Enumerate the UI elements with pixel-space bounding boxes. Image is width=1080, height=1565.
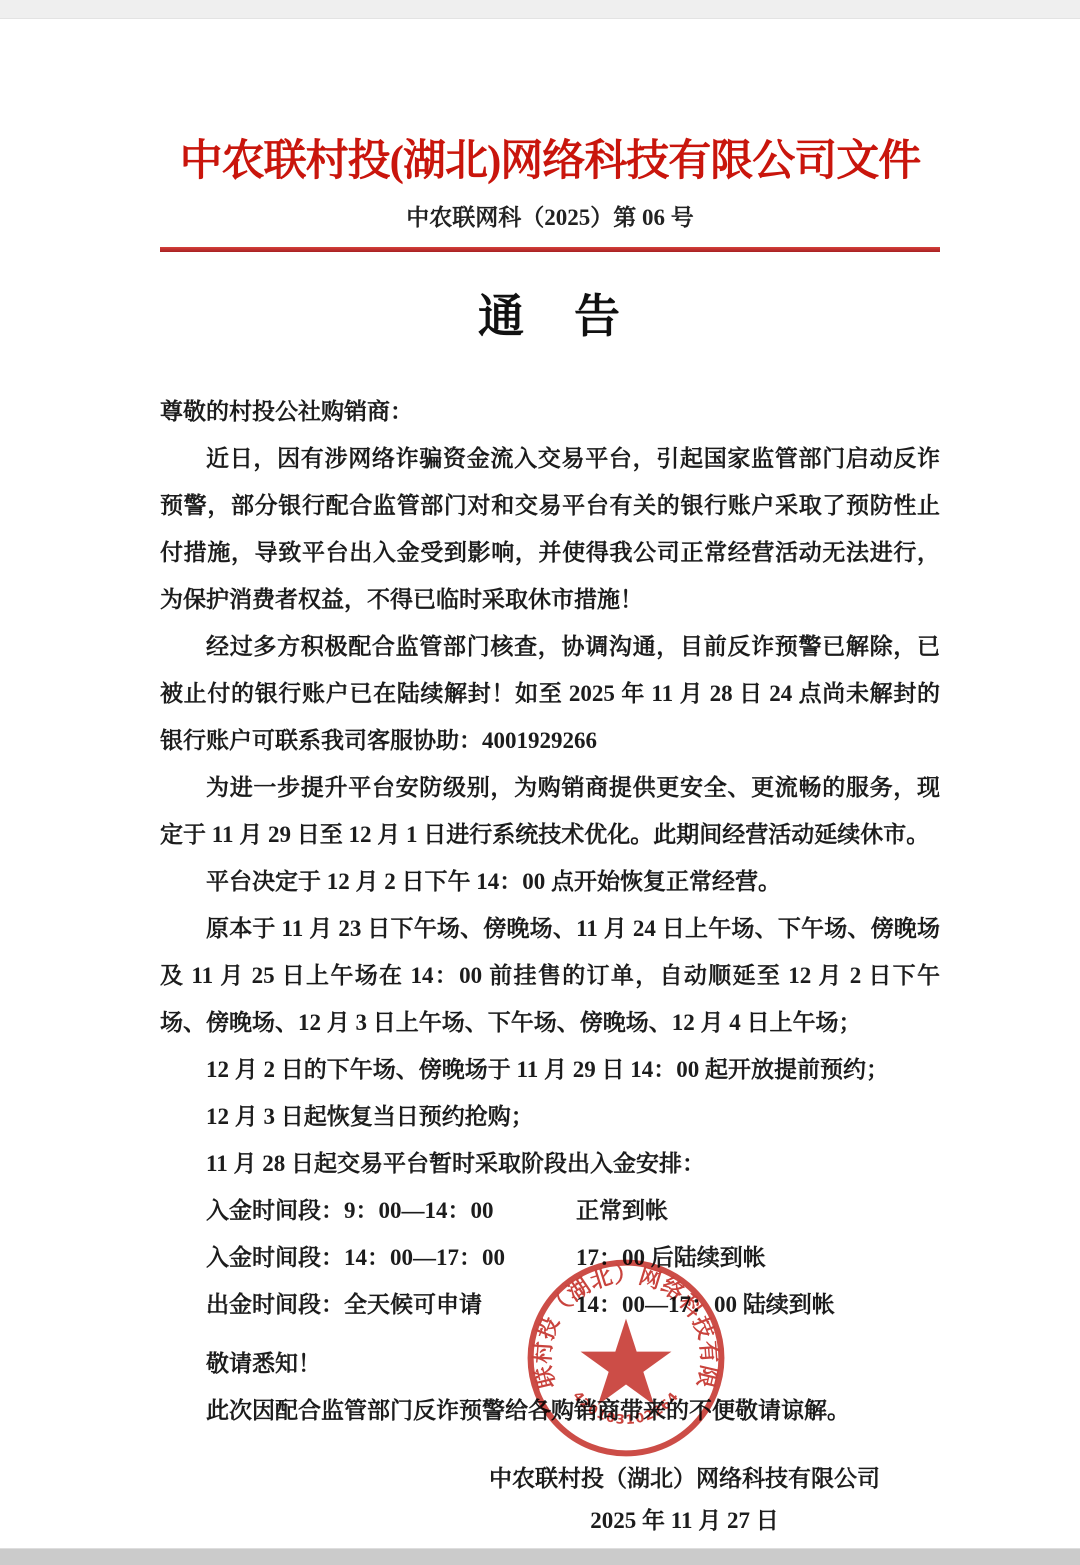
closing-note: 敬请悉知！ (160, 1340, 940, 1387)
top-gray-strip (0, 0, 1080, 19)
closing-apology: 此次因配合监管部门反诈预警给各购销商带来的不便敬请谅解。 (160, 1387, 940, 1434)
schedule-row: 出金时间段：全天候可申请 14：00—17：00 陆续到帐 (160, 1281, 940, 1328)
paragraph-fund-arrangement: 11 月 28 日起交易平台暂时采取阶段出入金安排： (160, 1140, 940, 1187)
schedule-label: 出金时间段：全天候可申请 (206, 1281, 576, 1328)
schedule-row: 入金时间段：9：00—14：00 正常到帐 (160, 1187, 940, 1234)
document-page: 中农联村投(湖北)网络科技有限公司文件 中农联网科（2025）第 06 号 通 … (0, 0, 1080, 1565)
schedule-status: 17：00 后陆续到帐 (576, 1234, 940, 1281)
paragraph-unfreeze-hotline: 经过多方积极配合监管部门核查，协调沟通，目前反诈预警已解除，已被止付的银行账户已… (160, 623, 940, 764)
bottom-gray-strip (0, 1548, 1080, 1565)
document-number: 中农联网科（2025）第 06 号 (160, 204, 940, 232)
company-file-header: 中农联村投(湖北)网络科技有限公司文件 (160, 136, 940, 188)
paragraph-advance-booking: 12 月 2 日的下午场、傍晚场于 11 月 29 日 14：00 起开放提前预… (160, 1046, 940, 1093)
notice-title: 通 告 (160, 286, 940, 348)
salutation: 尊敬的村投公社购销商： (160, 388, 940, 435)
schedule-row: 入金时间段：14：00—17：00 17：00 后陆续到帐 (160, 1234, 940, 1281)
schedule-label: 入金时间段：9：00—14：00 (206, 1187, 576, 1234)
paragraph-order-postpone: 原本于 11 月 23 日下午场、傍晚场、11 月 24 日上午场、下午场、傍晚… (160, 905, 940, 1046)
paragraph-system-upgrade: 为进一步提升平台安防级别，为购销商提供更安全、更流畅的服务，现定于 11 月 2… (160, 764, 940, 858)
schedule-status: 14：00—17：00 陆续到帐 (576, 1281, 940, 1328)
schedule-label: 入金时间段：14：00—17：00 (206, 1234, 576, 1281)
signature-block: 中农联村投（湖北）网络科技有限公司 2025 年 11 月 27 日 (489, 1458, 880, 1542)
paragraph-sameday-booking: 12 月 3 日起恢复当日预约抢购； (160, 1093, 940, 1140)
schedule-status: 正常到帐 (576, 1187, 940, 1234)
paragraph-antifraud-freeze: 近日，因有涉网络诈骗资金流入交易平台，引起国家监管部门启动反诈预警，部分银行配合… (160, 435, 940, 623)
signature-company: 中农联村投（湖北）网络科技有限公司 (489, 1458, 880, 1500)
notice-document: 中农联村投(湖北)网络科技有限公司文件 中农联网科（2025）第 06 号 通 … (0, 18, 1080, 1542)
signature-date: 2025 年 11 月 27 日 (489, 1500, 880, 1542)
paragraph-resume-time: 平台决定于 12 月 2 日下午 14：00 点开始恢复正常经营。 (160, 858, 940, 905)
red-divider-rule (160, 247, 940, 252)
